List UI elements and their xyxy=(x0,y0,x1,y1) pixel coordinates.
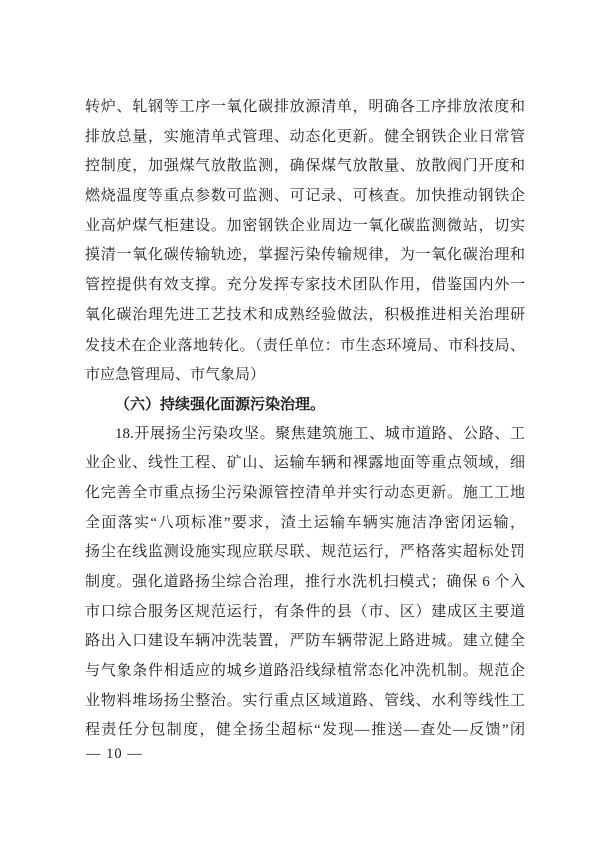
text-line: 管控提供有效支撑。充分发挥专家技术团队作用，借鉴国内外一 xyxy=(85,271,525,301)
body-text: 管控提供有效支撑。充分发挥专家技术团队作用，借鉴国内外一 xyxy=(85,277,525,293)
body-text: 氧化碳治理先进工艺技术和成熟经验做法，积极推进相关治理研 xyxy=(85,307,525,323)
section-heading: （六）持续强化面源污染治理。 xyxy=(115,395,325,413)
section-heading-line: （六）持续强化面源污染治理。 xyxy=(85,390,525,420)
document-body: 转炉、轧钢等工序一氧化碳排放源清单，明确各工序排放浓度和 排放总量，实施清单式管… xyxy=(85,93,525,746)
body-text: 程责任分包制度，健全扬尘超标“发现—推送—查处—反馈”闭 xyxy=(85,722,525,738)
responsibility-unit-text: （责任单位：市生态环境局、市科技局、 xyxy=(255,336,525,354)
body-text: 业企业、线性工程、矿山、运输车辆和裸露地面等重点领域，细 xyxy=(85,455,525,471)
text-line: 排放总量，实施清单式管理、动态化更新。健全钢铁企业日常管 xyxy=(85,123,525,153)
page-number: — 10 — xyxy=(86,746,143,763)
document-page: 转炉、轧钢等工序一氧化碳排放源清单，明确各工序排放浓度和 排放总量，实施清单式管… xyxy=(0,0,600,848)
body-text: 燃烧温度等重点参数可监测、可记录、可核查。加快推动钢铁企 xyxy=(85,188,525,204)
text-line: 控制度，加强煤气放散监测，确保煤气放散量、放散阀门开度和 xyxy=(85,152,525,182)
body-text: 业高炉煤气柜建设。加密钢铁企业周边一氧化碳监测微站，切实 xyxy=(85,218,525,234)
body-text: 18.开展扬尘污染攻坚。聚焦建筑施工、城市道路、公路、工 xyxy=(115,426,525,442)
body-text: 转炉、轧钢等工序一氧化碳排放源清单，明确各工序排放浓度和 xyxy=(85,99,525,115)
body-text: 全面落实“八项标准”要求，渣土运输车辆实施洁净密闭运输， xyxy=(85,515,525,531)
responsibility-unit-text: 市应急管理局、市气象局） xyxy=(85,365,265,383)
text-line: 化完善全市重点扬尘污染源管控清单并实行动态更新。施工工地 xyxy=(85,479,525,509)
text-line: 制度。强化道路扬尘综合治理，推行水洗机扫模式；确保 6 个入 xyxy=(85,568,525,598)
body-text: 摸清一氧化碳传输轨迹，掌握污染传输规律，为一氧化碳治理和 xyxy=(85,247,525,263)
body-text: 路出入口建设车辆冲洗装置，严防车辆带泥上路进城。建立健全 xyxy=(85,633,525,649)
text-line: 程责任分包制度，健全扬尘超标“发现—推送—查处—反馈”闭 xyxy=(85,716,525,746)
text-line: 摸清一氧化碳传输轨迹，掌握污染传输规律，为一氧化碳治理和 xyxy=(85,241,525,271)
body-text: 业物料堆场扬尘整治。实行重点区域道路、管线、水利等线性工 xyxy=(85,693,525,709)
text-line: 全面落实“八项标准”要求，渣土运输车辆实施洁净密闭运输， xyxy=(85,509,525,539)
body-text: 制度。强化道路扬尘综合治理，推行水洗机扫模式；确保 6 个入 xyxy=(85,574,525,590)
text-line: 业企业、线性工程、矿山、运输车辆和裸露地面等重点领域，细 xyxy=(85,449,525,479)
text-line: 燃烧温度等重点参数可监测、可记录、可核查。加快推动钢铁企 xyxy=(85,182,525,212)
text-line: 业物料堆场扬尘整治。实行重点区域道路、管线、水利等线性工 xyxy=(85,687,525,717)
body-text: 扬尘在线监测设施实现应联尽联、规范运行，严格落实超标处罚 xyxy=(85,544,525,560)
text-line: 转炉、轧钢等工序一氧化碳排放源清单，明确各工序排放浓度和 xyxy=(85,93,525,123)
text-line: 与气象条件相适应的城乡道路沿线绿植常态化冲洗机制。规范企 xyxy=(85,657,525,687)
text-line: 18.开展扬尘污染攻坚。聚焦建筑施工、城市道路、公路、工 xyxy=(85,420,525,450)
body-text: 发技术在企业落地转化。 xyxy=(85,338,255,354)
body-text: 化完善全市重点扬尘污染源管控清单并实行动态更新。施工工地 xyxy=(85,485,525,501)
text-line: 路出入口建设车辆冲洗装置，严防车辆带泥上路进城。建立健全 xyxy=(85,627,525,657)
text-line: 氧化碳治理先进工艺技术和成熟经验做法，积极推进相关治理研 xyxy=(85,301,525,331)
text-line: 业高炉煤气柜建设。加密钢铁企业周边一氧化碳监测微站，切实 xyxy=(85,212,525,242)
text-line: 市应急管理局、市气象局） xyxy=(85,360,525,390)
body-text: 排放总量，实施清单式管理、动态化更新。健全钢铁企业日常管 xyxy=(85,129,525,145)
body-text: 控制度，加强煤气放散监测，确保煤气放散量、放散阀门开度和 xyxy=(85,158,525,174)
body-text: 市口综合服务区规范运行，有条件的县（市、区）建成区主要道 xyxy=(85,604,525,620)
body-text: 与气象条件相适应的城乡道路沿线绿植常态化冲洗机制。规范企 xyxy=(85,663,525,679)
text-line: 发技术在企业落地转化。（责任单位：市生态环境局、市科技局、 xyxy=(85,331,525,361)
text-line: 市口综合服务区规范运行，有条件的县（市、区）建成区主要道 xyxy=(85,598,525,628)
text-line: 扬尘在线监测设施实现应联尽联、规范运行，严格落实超标处罚 xyxy=(85,538,525,568)
